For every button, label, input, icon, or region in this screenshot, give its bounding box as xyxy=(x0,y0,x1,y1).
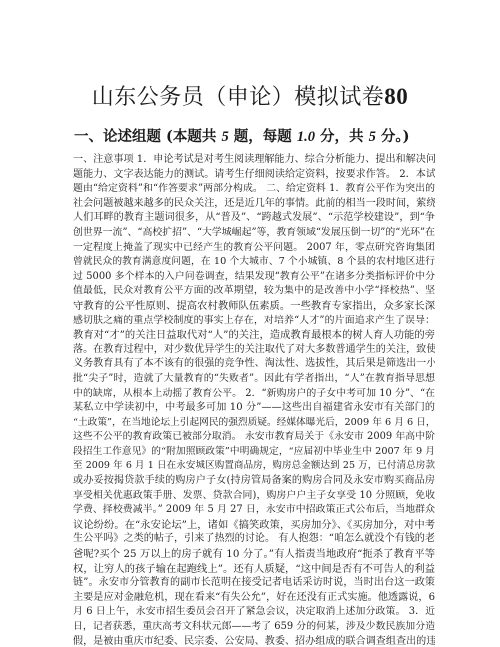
body-line: 守教育的公平性原则、提高农村教师队伍素质。一些教育专家指出，众多家长深 xyxy=(73,299,435,314)
body-line: 爸呢?买个 25 万以上的房子就有 10 分了。”有人指责当地政府“扼杀了教育平… xyxy=(73,547,435,562)
document-page: 山东公务员（申论）模拟试卷80 一、论述组题 (本题共 5 题，每题 1.0 分… xyxy=(0,0,500,647)
body-line: 社会问题被越来越多的民众关注，还是近几年的事情。此前的相当一段时间，萦绕 xyxy=(73,197,435,212)
body-line: “土政策”，在当地论坛上引起网民的强烈质疑。经媒体曝光后，2009 年 6 月 … xyxy=(73,416,435,431)
heading-question-count: 5 xyxy=(221,129,228,145)
body-line: 学费、择校费减半。” 2009 年 5 月 27 日，永安市中招政策正式公布后，… xyxy=(73,503,435,518)
body-line: 落。在教育过程中，对少数优异学生的关注取代了对大多数普通学生的关注，致使 xyxy=(73,343,435,358)
body-line: 批“尖子”时，造就了大量教育的“失败者”。因此有学者指出，“人”在教育指导思想 xyxy=(73,372,435,387)
body-line: 曾就民众的教育满意度问题，在 10 个大城市、7 个小城镇、8 个县的农村地区进… xyxy=(73,255,435,270)
body-line: 权，让穷人的孩子输在起跑线上”。还有人质疑，“这中间是否有不可告人的利益 xyxy=(73,562,435,577)
body-line: 主要是应对金融危机，现在看来“有失公允”，好在还没有正式实施。他透露说，6 xyxy=(73,591,435,606)
body-line: 假，是被由重庆市纪委、民宗委、公安局、教委、招办组成的联合调查组查出的违 xyxy=(73,635,435,647)
title-main: 山东公务员（申论）模拟试卷 xyxy=(92,85,385,110)
body-line: 中的缺席，从根本上动摇了教育公平。 2．“新购房户的子女中考可加 10 分”、“… xyxy=(73,387,435,402)
body-line: 月 6 日上午，永安市招生委员会召开了紧急会议，决定取消上述加分政策。 3．近 xyxy=(73,605,435,620)
document-title: 山东公务员（申论）模拟试卷80 xyxy=(0,82,500,113)
body-line: 一定程度上掩盖了现实中已经产生的教育公平问题。 2007 年，零点研究咨询集团 xyxy=(73,241,435,256)
body-line: 感切肤之痛的重点学校制度的事实上存在，对培养“人才”的片面追求产生了误导： xyxy=(73,314,435,329)
heading-text: 分，共 xyxy=(315,128,369,145)
heading-suffix: 分。) xyxy=(376,128,410,145)
body-line: 链”。永安市分管教育的副市长范明在接受记者电话采访时说，当时出台这一政策 xyxy=(73,576,435,591)
body-line: 一、注意事项 1．申论考试是对考生阅读理解能力、综合分析能力、提出和解决问 xyxy=(73,153,435,168)
body-line: 义务教育具有了本不该有的很强的竞争性、淘汰性、选拔性，其后果是筛选出一小 xyxy=(73,357,435,372)
heading-prefix: 一、论述组题 (本题共 xyxy=(74,128,221,145)
body-line: 或办妥按揭贷款手续的购房户子女(持房管局备案的购房合同及永安市购买商品房 xyxy=(73,474,435,489)
body-line: 日，记者获悉，重庆高考文科状元郎——考了 659 分的何某，涉及少数民族加分造 xyxy=(73,620,435,635)
body-line: 教育对“才”的关注日益取代对“人”的关注，造成教育最根本的树人育人功能的旁 xyxy=(73,328,435,343)
heading-total-score: 5 xyxy=(369,129,376,145)
body-line: 议论纷纷。在“永安论坛”上，诸如《搞笑政策，买房加分》、《买房加分，对中考 xyxy=(73,518,435,533)
body-line: 人们耳畔的教育主题词很多，从“普及”、“跨越式发展”、“示范学校建设”，到“争 xyxy=(73,211,435,226)
body-line: 值最低，民众对教育公平方面的改革期望，较为集中的是改善中小学“择校热”、坚 xyxy=(73,284,435,299)
body-line: 题能力、文字表达能力的测试。请考生仔细阅读给定资料，按要求作答。 2．本试 xyxy=(73,168,435,183)
body-line: 创世界一流”、“高校扩招”、“大学城崛起”等，教育领域“发展压倒一切”的“光环”… xyxy=(73,226,435,241)
body-line: 生公平吗》之类的帖子，引来了热烈的讨论。 有人抱怨：“咱怎么就没个有钱的老 xyxy=(73,532,435,547)
body-line: 过 5000 多个样本的入户问卷调查，结果发现“教育公平”在诸多分类指标评价中分 xyxy=(73,270,435,285)
body-line: 至 2009 年 6 月 1 日在永安城区购置商品房，购房总金额达到 25 万，… xyxy=(73,459,435,474)
title-number: 80 xyxy=(384,84,408,109)
heading-score-each: 1.0 xyxy=(297,129,315,145)
body-line: 享受相关优惠政策手册、发票、贷款合同)，购房户户主子女享受 10 分照顾，免收 xyxy=(73,489,435,504)
section-heading: 一、论述组题 (本题共 5 题，每题 1.0 分，共 5 分。) xyxy=(74,127,474,147)
body-text: 一、注意事项 1．申论考试是对考生阅读理解能力、综合分析能力、提出和解决问题能力… xyxy=(73,153,435,647)
body-line: 这些不公平的教育政策已被部分取消。 永安市教育局关于《永安市 2009 年高中阶 xyxy=(73,430,435,445)
body-line: 题由“给定资料”和“作答要求”两部分构成。 二、给定资料 1．教育公平作为突出的 xyxy=(73,182,435,197)
heading-text: 题，每题 xyxy=(229,128,297,145)
body-line: 段招生工作意见》的“附加照顾政策”中明确规定，“应届初中毕业生中 2007 年 … xyxy=(73,445,435,460)
body-line: 某私立中学读初中，中考最多可加 10 分”——这些出自福建省永安市有关部门的 xyxy=(73,401,435,416)
